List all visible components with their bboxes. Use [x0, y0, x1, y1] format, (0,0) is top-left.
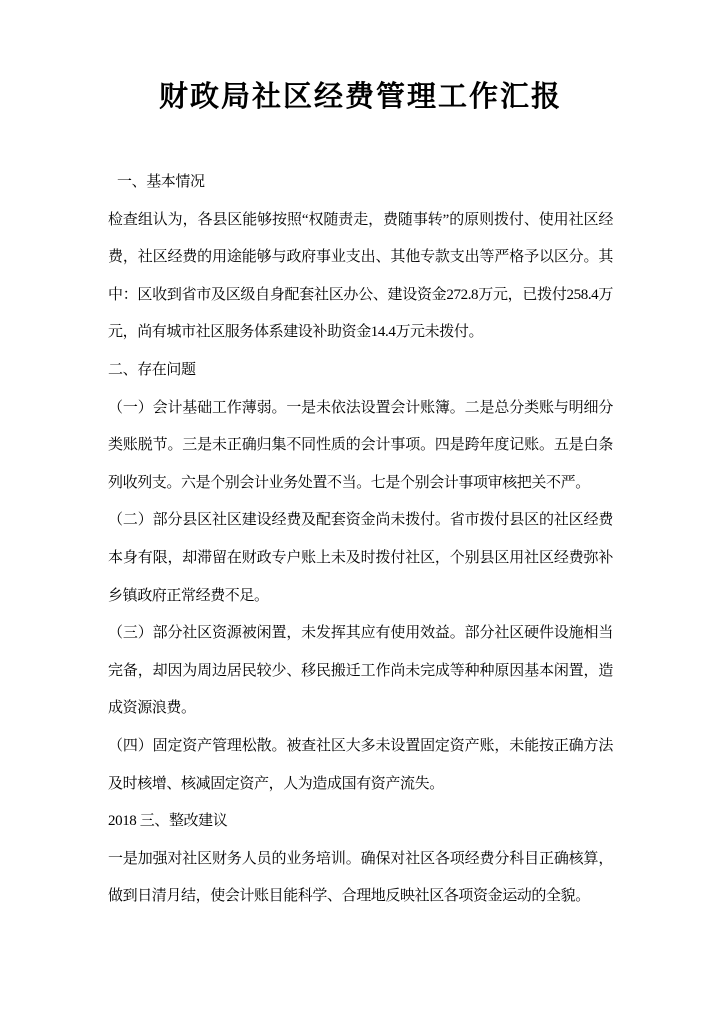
paragraph-problem-2: （二）部分县区社区建设经费及配套资金尚未拨付。省市拨付县区的社区经费本身有限，却… [108, 502, 613, 615]
section-heading-rectification-suggestions: 2018 三、整改建议 [108, 803, 613, 841]
document-title: 财政局社区经费管理工作汇报 [108, 76, 613, 118]
section-heading-existing-problems: 二、存在问题 [108, 352, 613, 390]
paragraph-problem-3: （三）部分社区资源被闲置，未发挥其应有使用效益。部分社区硬件设施相当完备，却因为… [108, 615, 613, 728]
paragraph-basic-situation: 检查组认为，各县区能够按照“权随责走，费随事转”的原则拨付、使用社区经费，社区经… [108, 202, 613, 352]
paragraph-suggestion-1: 一是加强对社区财务人员的业务培训。确保对社区各项经费分科目正确核算，做到日清月结… [108, 841, 613, 916]
paragraph-problem-1: （一）会计基础工作薄弱。一是未依法设置会计账簿。二是总分类账与明细分类账脱节。三… [108, 390, 613, 503]
document-page: 财政局社区经费管理工作汇报 一、基本情况 检查组认为，各县区能够按照“权随责走，… [0, 0, 721, 1020]
paragraph-problem-4: （四）固定资产管理松散。被查社区大多未设置固定资产账，未能按正确方法及时核增、核… [108, 728, 613, 803]
section-heading-basic-situation: 一、基本情况 [108, 164, 613, 202]
document-body: 一、基本情况 检查组认为，各县区能够按照“权随责走，费随事转”的原则拨付、使用社… [108, 164, 613, 916]
